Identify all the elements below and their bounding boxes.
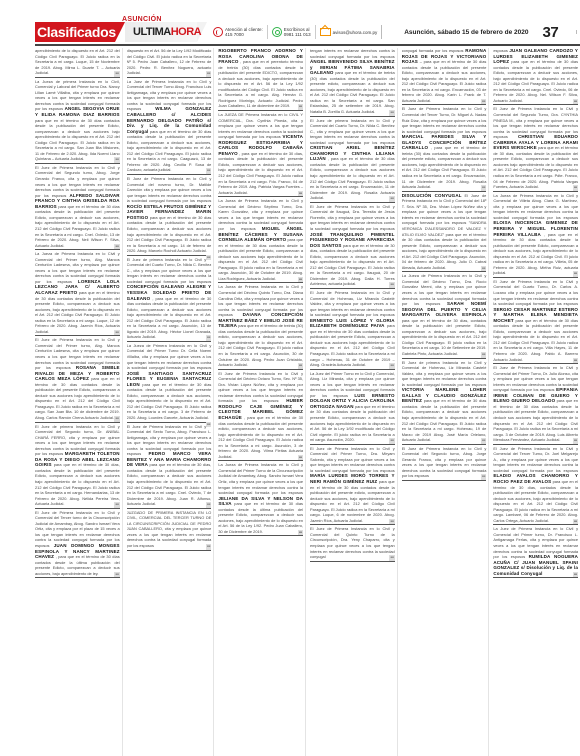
notice-text-continued: para que en el término de 30 días contad…: [35, 376, 120, 420]
mail-icon: [320, 28, 331, 36]
notice-code-tag: ▪▪▪: [573, 271, 578, 277]
notice-text-continued: para que en el término de treinta (30) d…: [310, 70, 395, 114]
contact-email[interactable]: avisos@uhora.com.py: [320, 25, 383, 39]
legal-notice: El Juez de Primera Instancia en lo Civil…: [493, 446, 578, 526]
column-1: apercibimiento de lo dispuesto en el Art…: [35, 48, 123, 756]
notice-code-tag: ▪▪▪: [573, 99, 578, 105]
notice-code-tag: ▪▪▪: [114, 502, 119, 508]
legal-notice: El Juez de primera Instancia en lo Civil…: [127, 257, 212, 342]
notice-text-continued: , para que en el término de treinta (30)…: [402, 145, 487, 189]
column-3: RIGOBERTO FRANCO ADORNO Y ROSA CAROLINA …: [218, 48, 306, 756]
notice-text-continued: para que en el término de 30 días contad…: [127, 215, 212, 253]
notice-code-tag: ▪▪▪: [481, 438, 486, 444]
notice-code-tag: ▪▪▪: [573, 438, 578, 444]
dateline: Asunción, sábado 15 de febrero de 2020: [404, 29, 528, 36]
contact-bar: Atención al cliente:415 7000 Escríbinos …: [207, 22, 382, 42]
notice-text-continued: , para que en el término de 30 días cont…: [310, 156, 395, 200]
notice-code-tag: ▪▪▪: [573, 572, 578, 578]
notice-text-continued: El Juez de Primera Instancia en lo Civil…: [402, 193, 487, 270]
notice-code-tag: ▪▪▪: [114, 330, 119, 336]
notice-text-continued: para que en el término de treinta (30) d…: [218, 323, 303, 367]
notice-code-tag: ▪▪▪: [114, 416, 119, 422]
legal-notice: tengan interés en reclamar derechos cont…: [310, 48, 395, 117]
notice-code-tag: ▪▪▪: [389, 555, 394, 561]
notice-code-tag: ▪▪▪: [206, 168, 211, 174]
notice-text: El Juez de Primera Instancia en lo Civil…: [310, 446, 395, 473]
notice-text-continued: para que en el término de 30 días contad…: [402, 398, 487, 442]
notice-code-tag: ▪▪▪: [298, 530, 303, 536]
notice-text-continued: para que en el término de 30 días contad…: [310, 479, 395, 523]
contact-phone[interactable]: Atención al cliente:415 7000: [213, 25, 268, 39]
notice-text-continued: para que en el término de 30 días contad…: [35, 290, 120, 334]
whatsapp-icon: [272, 27, 282, 37]
notice-text-continued: , para que en el término de 30 días cont…: [218, 415, 303, 459]
contact-whatsapp[interactable]: Escríbinos al0981 111 013: [272, 25, 316, 39]
legal-notice: El Juez de Primera Instancia en lo Civil…: [310, 204, 395, 289]
legal-notice: El Juez de Primera Instancia en lo Civil…: [35, 510, 120, 579]
notice-code-tag: ▪▪▪: [481, 266, 486, 272]
notice-code-tag: ▪▪▪: [298, 363, 303, 369]
legal-notice: El Juez de primera Instancia en lo Civil…: [310, 118, 395, 203]
newspaper-logo: ULTIMAHORA: [125, 22, 197, 42]
notice-code-tag: ▪▪▪: [114, 572, 119, 578]
legal-notice: dispuesto en el Art. 56 de la Ley 1/92 M…: [127, 48, 212, 78]
notice-code-tag: ▪▪▪: [298, 191, 303, 197]
notice-text: JUZGADO DE PRIMERA INSTANCIA EN LO CIVIL…: [127, 510, 212, 548]
legal-notice: RIGOBERTO FRANCO ADORNO Y ROSA CAROLINA …: [218, 48, 303, 111]
notice-code-tag: ▪▪▪: [298, 104, 303, 110]
legal-notice: El Juez de Primera Instancia en lo Civil…: [35, 165, 120, 250]
notice-text-continued: , para que en el perentorio término de t…: [218, 59, 303, 108]
notice-code-tag: ▪▪▪: [206, 335, 211, 341]
legal-notice: El Juez de Primera Instancia en lo Civil…: [127, 176, 212, 256]
notice-text: apercibimiento de lo dispuesto en el Art…: [35, 48, 120, 75]
notice-text-continued: para que en el término de 30 días contad…: [218, 501, 303, 534]
legal-notice: La Jueza de Primera Instancia en lo Civi…: [35, 251, 120, 336]
notice-code-tag: ▪▪▪: [114, 157, 119, 163]
top-strip: ASUNCIÓN: [0, 0, 580, 20]
notice-code-tag: ▪▪▪: [206, 71, 211, 77]
notice-text: El Juez de Primera Instancia en lo Civil…: [310, 526, 395, 559]
notice-code-tag: ▪▪▪: [206, 502, 211, 508]
notice-text: tengan interés en reclamar derechos cont…: [310, 48, 395, 59]
legal-notice: El Juez de Primera Instancia en lo Civil…: [493, 365, 578, 445]
notice-code-tag: ▪▪▪: [206, 544, 211, 550]
notice-text-continued: , para que en el término de 30 días cont…: [127, 296, 212, 340]
notice-text: La Jueza de Primera Instancia en lo Civi…: [493, 193, 578, 220]
legal-notice: La Juez del Primer Turno en lo Civil y C…: [310, 371, 395, 445]
notice-code-tag: ▪▪▪: [298, 455, 303, 461]
notice-text-continued: para que en el término de 30 días contad…: [493, 59, 578, 103]
notice-code-tag: ▪▪▪: [573, 358, 578, 364]
legal-notice: El Juez de Primera Instancia en lo Civil…: [35, 337, 120, 422]
notice-code-tag: ▪▪▪: [114, 244, 119, 250]
notice-text: La Jueza de Primera Instancia en lo Civi…: [127, 343, 212, 370]
notice-text-continued: para que en el término de 30 días, conta…: [493, 479, 578, 523]
notice-code-tag: ▪▪▪: [298, 277, 303, 283]
section-banner: Clasificados: [35, 22, 125, 42]
legal-notice: esposos JUAN GALEANO CARDOZO Y LURDES EL…: [493, 48, 578, 105]
legal-notice: El Juez de Primera Instancia en lo Civil…: [402, 106, 487, 191]
legal-notice: La Jueza de Primera Instancia en lo Civi…: [218, 198, 303, 283]
column-2: dispuesto en el Art. 56 de la Ley 1/92 M…: [127, 48, 215, 756]
header-rule: [35, 44, 580, 46]
notice-code-tag: ▪▪▪: [573, 519, 578, 525]
logo-part-ultima: ULTIMA: [133, 26, 171, 38]
notice-code-tag: ▪▪▪: [114, 71, 119, 77]
notice-code-tag: ▪▪▪: [481, 474, 486, 480]
notice-text: El Juez de Primera Instancia en lo Civil…: [127, 176, 212, 203]
notice-text: La Jueza de Primera Instancia en lo Civi…: [218, 462, 303, 495]
legal-notice: La Jueza de Primera Instancia en lo Civi…: [218, 284, 303, 369]
notice-text: El Juez de Primera Instancia en lo Civil…: [310, 204, 395, 231]
legal-notice: DISOLUCIÓN CONYUGAL El Juez de Primera I…: [402, 193, 487, 273]
notice-code-tag: ▪▪▪: [573, 185, 578, 191]
notice-text-continued: para que en el término de 30 días contad…: [127, 129, 212, 173]
legal-notice: La Jueza de Primera Instancia en lo Civi…: [402, 273, 487, 358]
notice-text-continued: para que en el término de 30 días contad…: [493, 318, 578, 362]
notice-text: esposos: [493, 48, 508, 53]
header-tick: [576, 30, 577, 34]
legal-notice: El Juez de Primera Instancia en lo Civil…: [127, 424, 212, 509]
notice-party-names: DISOLUCIÓN CONYUGAL: [402, 193, 462, 198]
left-margin: [0, 22, 35, 42]
notice-code-tag: ▪▪▪: [481, 352, 486, 358]
banner-slant: [115, 22, 125, 42]
legal-notice: La Jueza de primera Instancia en lo Civi…: [35, 79, 120, 164]
legal-notice: El Juez de Primera Instancia en lo Civil…: [493, 279, 578, 364]
notice-text: El Juez de primera Instancia en lo Civil…: [310, 118, 395, 145]
legal-notice: La JUEZA DE Primera Instancia en lo CIVI…: [218, 112, 303, 197]
contact-email-value: avisos@uhora.com.py: [333, 30, 378, 35]
notice-code-tag: ▪▪▪: [389, 196, 394, 202]
phone-icon: [213, 27, 223, 37]
masthead: Clasificados ULTIMAHORA Atención al clie…: [0, 22, 580, 42]
page-number: 37: [543, 24, 559, 41]
column-4: tengan interés en reclamar derechos cont…: [310, 48, 398, 756]
legal-notice: La Juez de Primera Instancia en lo Civil…: [493, 526, 578, 578]
legal-notice: El Juez de Primera Instancia en lo Civil…: [310, 526, 395, 561]
legal-notice: El Juez de Primera Instancia en lo Civil…: [310, 290, 395, 370]
column-6: esposos JUAN GALEANO CARDOZO Y LURDES EL…: [493, 48, 580, 756]
legal-notice: El Juez de Primera Instancia en lo Civil…: [218, 371, 303, 462]
notice-text-continued: , para que en el término de 30 días cont…: [493, 232, 578, 276]
logo-part-hora: HORA: [171, 26, 201, 38]
notice-text-continued: para que en el término de 30 días contad…: [35, 118, 120, 162]
legal-notice: La Jueza de Primera Instancia en lo Civi…: [493, 193, 578, 278]
legal-notice: El Juez de Primera Instancia en lo Civil…: [493, 106, 578, 191]
notice-text-continued: para que en el término de 30 días contad…: [218, 237, 303, 281]
contact-whatsapp-value: 0981 111 013: [284, 32, 311, 37]
notice-text: El Juez de Primera Instancia en lo Civil…: [310, 290, 395, 317]
notice-code-tag: ▪▪▪: [481, 99, 486, 105]
notice-columns: apercibimiento de lo dispuesto en el Art…: [35, 48, 580, 756]
notice-text-continued: para que en el término de 30 días contad…: [310, 404, 395, 442]
legal-notice: La Juez de Primera Instancia en lo Civil…: [127, 79, 212, 175]
notice-text: El Juez de Primera Instancia en lo Civil…: [402, 446, 487, 479]
notice-code-tag: ▪▪▪: [389, 363, 394, 369]
notice-code-tag: ▪▪▪: [389, 282, 394, 288]
notice-code-tag: ▪▪▪: [389, 110, 394, 116]
notice-text: El Juez de primera Instancia en lo Civil…: [127, 257, 212, 284]
notice-text-continued: para que en el término de 30 días contad…: [35, 204, 120, 248]
notice-text-continued: para que en el término de 30 días, conta…: [35, 462, 120, 506]
notice-text-continued: para que en el término de 30 días, conta…: [493, 145, 578, 189]
notice-text-continued: , para que en el término de 30 días, con…: [218, 151, 303, 195]
notice-text-continued: para que en el término de 30 días, conta…: [402, 318, 487, 356]
notice-code-tag: ▪▪▪: [389, 438, 394, 444]
column-5: conyugal formada por los esposos RAMONA …: [402, 48, 490, 756]
legal-notice: La Jueza de Primera Instancia en lo Civi…: [127, 343, 212, 423]
legal-notice: El Juez de primera Instancia en lo Civil…: [402, 360, 487, 445]
notice-text: conyugal formada por los esposos: [402, 48, 464, 53]
legal-notice: apercibimiento de lo dispuesto en el Art…: [35, 48, 120, 78]
notice-text: El Juez de Primera Instancia en lo Civil…: [402, 106, 487, 133]
notice-text-continued: para que en el término de 30 días, conta…: [127, 462, 212, 506]
notice-text-continued: para que en el término de 30 días contad…: [127, 382, 212, 420]
notice-text: dispuesto en el Art. 56 de la Ley 1/92 M…: [127, 48, 212, 75]
notice-text: El Juez de Primera Instancia en lo Civil…: [493, 446, 578, 473]
contact-phone-value: 415 7000: [225, 32, 244, 37]
section-title: Clasificados: [35, 22, 115, 42]
notice-text-continued: para que en el término de 30 días contad…: [493, 398, 578, 442]
notice-code-tag: ▪▪▪: [389, 519, 394, 525]
legal-notice: La Jueza de Primera Instancia en lo Civi…: [218, 462, 303, 536]
legal-notice: El Juez de Primera Instancia en lo Civil…: [310, 446, 395, 526]
legal-notice: El Juez de primera Instancia en lo Civil…: [35, 424, 120, 509]
notice-text-continued: para que en el término de 30 días contad…: [310, 323, 395, 367]
legal-notice: El Juez de Primera Instancia en lo Civil…: [402, 446, 487, 481]
notice-party-names: ERNESTO LUIS LÓPEZ Y GLORIA ELIZABETH DO…: [310, 318, 395, 329]
legal-notice: JUZGADO DE PRIMERA INSTANCIA EN LO CIVIL…: [127, 510, 212, 551]
notice-text: El Juez de Primera Instancia en lo Civil…: [493, 279, 578, 306]
notice-code-tag: ▪▪▪: [481, 185, 486, 191]
notice-text: El Juez de primera Instancia en lo Civil…: [402, 360, 487, 387]
notice-text-continued: – para que en el término de 30 días cont…: [402, 59, 487, 103]
legal-notice: conyugal formada por los esposos RAMONA …: [402, 48, 487, 105]
notice-text-continued: para que en el término de 30 días, conta…: [310, 243, 395, 287]
